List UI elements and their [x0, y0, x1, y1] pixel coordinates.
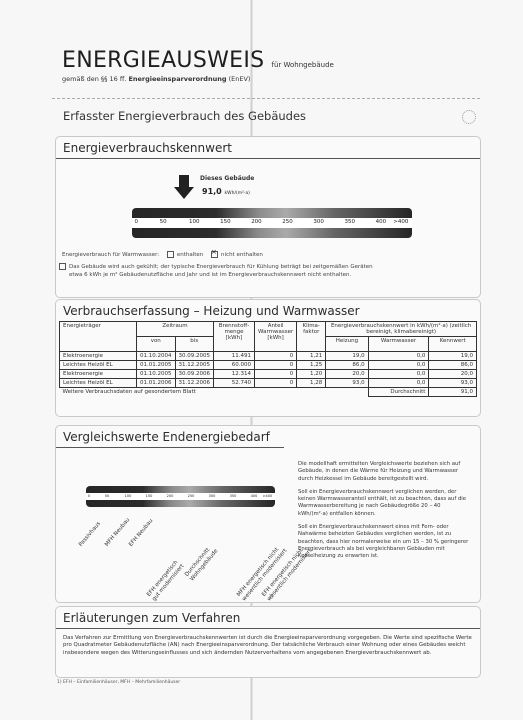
cell-warmwasser: 0,0	[368, 361, 429, 370]
comparison-label: Durchschnitt Wohngebäude	[184, 544, 220, 583]
col-bis: bis	[175, 337, 214, 352]
label-enthalten: enthalten	[177, 252, 203, 258]
verbrauch-table: Energieträger Zeitraum Brennstoff-menge …	[59, 321, 477, 397]
scale-tick: >400	[393, 219, 408, 225]
cell-heizung: 20,0	[326, 370, 368, 379]
kennwert-title: Energieverbrauchskennwert	[56, 137, 480, 159]
document-header: ENERGIEAUSWEIS für Wohngebäude gemäß den…	[62, 48, 487, 96]
label-nicht-enthalten: nicht enthalten	[221, 252, 263, 258]
cell-bis: 30.09.2006	[175, 370, 214, 379]
cell-anteil: 0	[255, 370, 297, 379]
cell-traeger: Elektroenergie	[60, 352, 137, 361]
further-data-note: Weitere Verbrauchsdaten auf gesondertem …	[60, 388, 369, 397]
document-title-suffix: für Wohngebäude	[272, 61, 334, 69]
cell-warmwasser: 0,0	[368, 352, 429, 361]
vergleich-title: Vergleichswerte Endenergiebedarf	[56, 426, 284, 448]
cell-klima: 1,25	[297, 361, 326, 370]
cell-warmwasser: 0,0	[368, 379, 429, 388]
checkbox-nicht-enthalten[interactable]	[211, 251, 218, 258]
description-paragraph: Soll ein Energieverbrauchskennwert vergl…	[298, 489, 470, 518]
col-zeitraum: Zeitraum	[137, 322, 214, 337]
cell-bis: 30.09.2005	[175, 352, 214, 361]
section-heading: Erfasster Energieverbrauch des Gebäudes	[63, 109, 306, 123]
cell-warmwasser: 0,0	[368, 370, 429, 379]
cell-heizung: 86,0	[326, 361, 368, 370]
col-energietraeger: Energieträger	[60, 322, 137, 352]
cell-bis: 31.12.2006	[175, 379, 214, 388]
cell-anteil: 0	[255, 379, 297, 388]
subtitle-prefix: gemäß den §§ 16 ff.	[62, 75, 126, 83]
warmwasser-row: Energieverbrauch für Warmwasser: enthalt…	[62, 251, 263, 258]
cell-heizung: 93,0	[326, 379, 368, 388]
document-page: ENERGIEAUSWEIS für Wohngebäude gemäß den…	[0, 0, 523, 720]
col-heizung: Heizung	[326, 337, 368, 352]
scale-tick: 150	[146, 494, 153, 498]
building-label: Dieses Gebäude	[200, 175, 254, 182]
scale2-band-top	[86, 486, 275, 493]
col-brennstoff: Brennstoff-menge [kWh]	[214, 322, 255, 352]
cell-kennwert: 86,0	[429, 361, 477, 370]
scale-tick: 300	[209, 494, 216, 498]
durchschnitt-label: Durchschnitt	[368, 388, 429, 397]
verbrauch-section: Verbrauchserfassung – Heizung und Warmwa…	[55, 299, 481, 417]
table-row: Elektroenergie01.10.200430.09.200511.491…	[60, 352, 477, 361]
cell-traeger: Elektroenergie	[60, 370, 137, 379]
subtitle-suffix: (EnEV)	[229, 75, 251, 83]
document-subtitle: gemäß den §§ 16 ff. Energieeinsparverord…	[62, 75, 487, 83]
table-row: Leichtes Heizöl EL01.01.200631.12.200652…	[60, 379, 477, 388]
verbrauch-title: Verbrauchserfassung – Heizung und Warmwa…	[56, 300, 480, 321]
cell-kennwert: 93,0	[429, 379, 477, 388]
cooling-note: Das Gebäude wird auch gekühlt; der typis…	[59, 263, 373, 279]
cell-von: 01.10.2004	[137, 352, 176, 361]
subtitle-bold: Energieeinsparverordnung	[128, 75, 226, 83]
seal-icon	[462, 110, 476, 124]
warmwasser-label: Energieverbrauch für Warmwasser:	[62, 252, 159, 258]
document-title: ENERGIEAUSWEIS	[62, 48, 264, 73]
cell-kennwert: 19,0	[429, 352, 477, 361]
scale-tick: >400	[263, 494, 273, 498]
cell-heizung: 19,0	[326, 352, 368, 361]
cell-menge: 11.491	[214, 352, 255, 361]
erlaeuterungen-text: Das Verfahren zur Ermittlung von Energie…	[56, 629, 480, 663]
cell-von: 01.10.2005	[137, 370, 176, 379]
scale-tick: 150	[220, 219, 231, 225]
scale-tick: 0	[134, 219, 138, 225]
cell-klima: 1,20	[297, 370, 326, 379]
cell-menge: 12.314	[214, 370, 255, 379]
cell-menge: 60.000	[214, 361, 255, 370]
scale-tick: 400	[251, 494, 258, 498]
scale-ticks: 050100150200250300350400>400	[132, 218, 412, 228]
cell-bis: 31.12.2005	[175, 361, 214, 370]
scale-tick: 300	[313, 219, 324, 225]
scale-tick: 0	[88, 494, 90, 498]
scale-tick: 250	[282, 219, 293, 225]
scale-tick: 400	[376, 219, 387, 225]
comparison-description: Die modellhaft ermittelten Vergleichswer…	[298, 461, 470, 567]
scale-tick: 100	[189, 219, 200, 225]
cell-kennwert: 20,0	[429, 370, 477, 379]
cooling-note-line1: Das Gebäude wird auch gekühlt; der typis…	[69, 264, 373, 270]
col-kennwert: Kennwert	[429, 337, 477, 352]
scale-tick: 350	[230, 494, 237, 498]
cell-klima: 1,28	[297, 379, 326, 388]
scale-tick: 100	[125, 494, 132, 498]
erlaeuterungen-section: Erläuterungen zum Verfahren Das Verfahre…	[55, 606, 481, 678]
building-value-unit: kWh/(m²·a)	[225, 191, 250, 196]
vergleich-section: Vergleichswerte Endenergiebedarf 0501001…	[55, 425, 481, 603]
building-value: 91,0 kWh/(m²·a)	[202, 187, 250, 196]
cell-anteil: 0	[255, 361, 297, 370]
scale-band-bottom	[132, 228, 412, 238]
building-value-number: 91,0	[202, 187, 222, 196]
energy-scale-bar: 050100150200250300350400>400	[132, 208, 412, 238]
footnote-marker: 1)	[269, 594, 273, 599]
cooling-note-line2: etwa 6 kWh je m² Gebäudenutzfläche und J…	[69, 272, 351, 278]
col-kennwert-group: Energieverbrauchskennwert in kWh/(m²·a) …	[326, 322, 477, 337]
scale-band-top	[132, 208, 412, 218]
scale2-ticks: 050100150200250300350400>400	[86, 493, 275, 500]
cell-von: 01.01.2005	[137, 361, 176, 370]
kennwert-section: Energieverbrauchskennwert Dieses Gebäude…	[55, 136, 481, 298]
scale-tick: 200	[167, 494, 174, 498]
comparison-scale-bar: 050100150200250300350400>400	[86, 486, 275, 507]
scale-tick: 250	[188, 494, 195, 498]
checkbox-enthalten[interactable]	[167, 251, 174, 258]
scale-tick: 200	[251, 219, 262, 225]
cell-klima: 1,21	[297, 352, 326, 361]
scale-tick: 50	[105, 494, 109, 498]
col-warmwasser: Warmwasser	[368, 337, 429, 352]
cell-traeger: Leichtes Heizöl EL	[60, 379, 137, 388]
col-anteil: Anteil Warmwasser [kWh]	[255, 322, 297, 352]
table-row: Leichtes Heizöl EL01.01.200531.12.200560…	[60, 361, 477, 370]
footnote: 1) EFH – Einfamilienhäuser, MFH – Mehrfa…	[57, 680, 180, 685]
scale-tick: 50	[160, 219, 167, 225]
comparison-label: Passivhaus	[78, 521, 103, 549]
scale-tick: 350	[345, 219, 356, 225]
table-row: Elektroenergie01.10.200530.09.200612.314…	[60, 370, 477, 379]
cell-anteil: 0	[255, 352, 297, 361]
divider	[52, 98, 480, 100]
cell-von: 01.01.2006	[137, 379, 176, 388]
description-paragraph: Soll ein Energieverbrauchskennwert eines…	[298, 524, 470, 560]
cell-traeger: Leichtes Heizöl EL	[60, 361, 137, 370]
erlaeuterungen-title: Erläuterungen zum Verfahren	[56, 607, 480, 629]
arrow-down-icon	[174, 175, 194, 199]
comparison-label: EFH energetisch gut modernisiert	[146, 559, 186, 603]
col-klima: Klima-faktor	[297, 322, 326, 352]
comparison-label: EFH Neubau	[128, 518, 155, 548]
scale2-band-bottom	[86, 500, 275, 507]
cell-menge: 52.740	[214, 379, 255, 388]
checkbox-cooling[interactable]	[59, 263, 66, 270]
durchschnitt-value: 91,0	[429, 388, 477, 397]
description-paragraph: Die modellhaft ermittelten Vergleichswer…	[298, 461, 470, 483]
col-von: von	[137, 337, 176, 352]
